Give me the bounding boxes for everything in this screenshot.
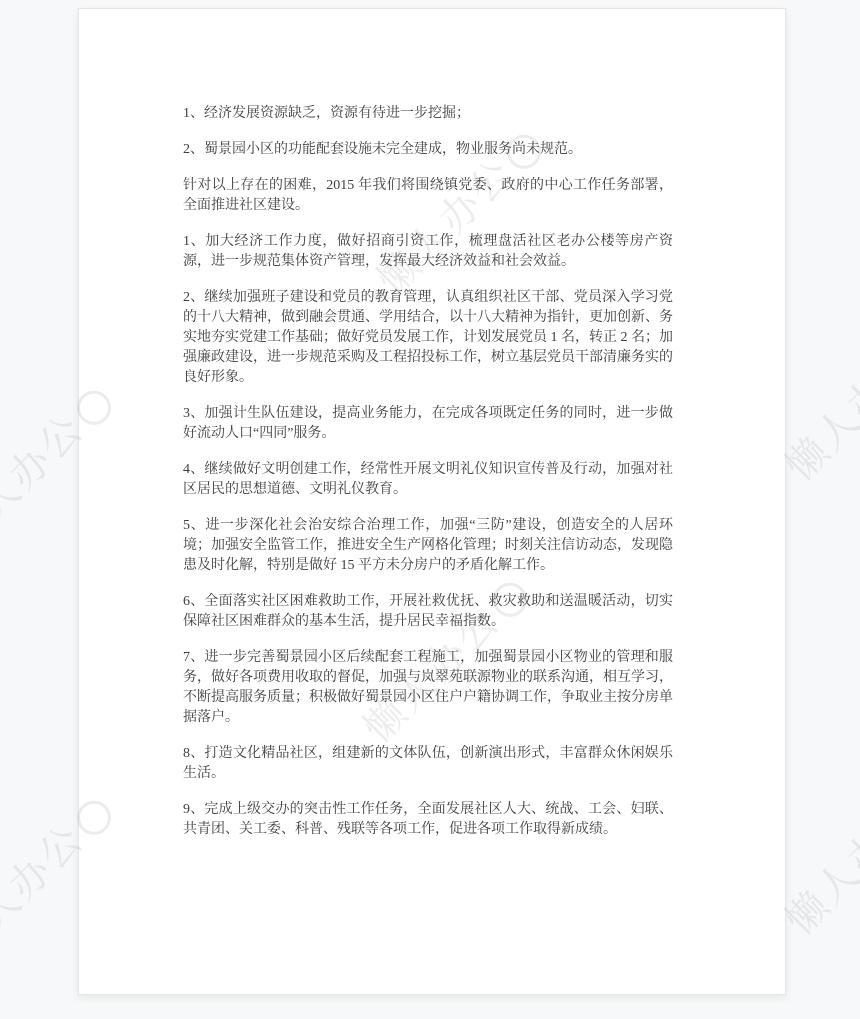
watermark-text: 懒人办公 <box>778 790 860 943</box>
paragraph: 3、加强计生队伍建设，提高业务能力，在完成各项既定任务的同时，进一步做好流动人口… <box>183 404 673 444</box>
paragraph: 4、继续做好文明创建工作，经常性开展文明礼仪知识宣传普及行动，加强对社区居民的思… <box>183 460 673 500</box>
paragraph: 7、进一步完善蜀景园小区后续配套工程施工，加强蜀景园小区物业的管理和服务，做好各… <box>183 648 673 728</box>
paragraph: 2、继续加强班子建设和党员的教育管理，认真组织社区干部、党员深入学习党的十八大精… <box>183 288 673 388</box>
paragraph: 1、加大经济工作力度，做好招商引资工作，梳理盘活社区老办公楼等房产资源，进一步规… <box>183 232 673 272</box>
paragraph: 9、完成上级交办的突击性工作任务，全面发展社区人大、统战、工会、妇联、共青团、关… <box>183 800 673 840</box>
paragraph: 1、经济发展资源缺乏，资源有待进一步挖掘； <box>183 104 673 124</box>
paragraph: 6、全面落实社区困难救助工作，开展社救优抚、救灾救助和送温暖活动，切实保障社区困… <box>183 592 673 632</box>
document-page: 1、经济发展资源缺乏，资源有待进一步挖掘；2、蜀景园小区的功能配套设施未完全建成… <box>78 8 786 995</box>
paragraph: 2、蜀景园小区的功能配套设施未完全建成，物业服务尚未规范。 <box>183 140 673 160</box>
paragraph: 8、打造文化精品社区，组建新的文体队伍，创新演出形式，丰富群众休闲娱乐生活。 <box>183 744 673 784</box>
watermark-text: 懒人办公 <box>778 336 860 489</box>
paragraph: 针对以上存在的困难，2015 年我们将围绕镇党委、政府的中心工作任务部署，全面推… <box>183 176 673 216</box>
paragraph: 5、进一步深化社会治安综合治理工作，加强“三防”建设，创造安全的人居环境；加强安… <box>183 516 673 576</box>
document-viewer: 1、经济发展资源缺乏，资源有待进一步挖掘；2、蜀景园小区的功能配套设施未完全建成… <box>0 0 860 1019</box>
document-body: 1、经济发展资源缺乏，资源有待进一步挖掘；2、蜀景园小区的功能配套设施未完全建成… <box>183 104 673 856</box>
